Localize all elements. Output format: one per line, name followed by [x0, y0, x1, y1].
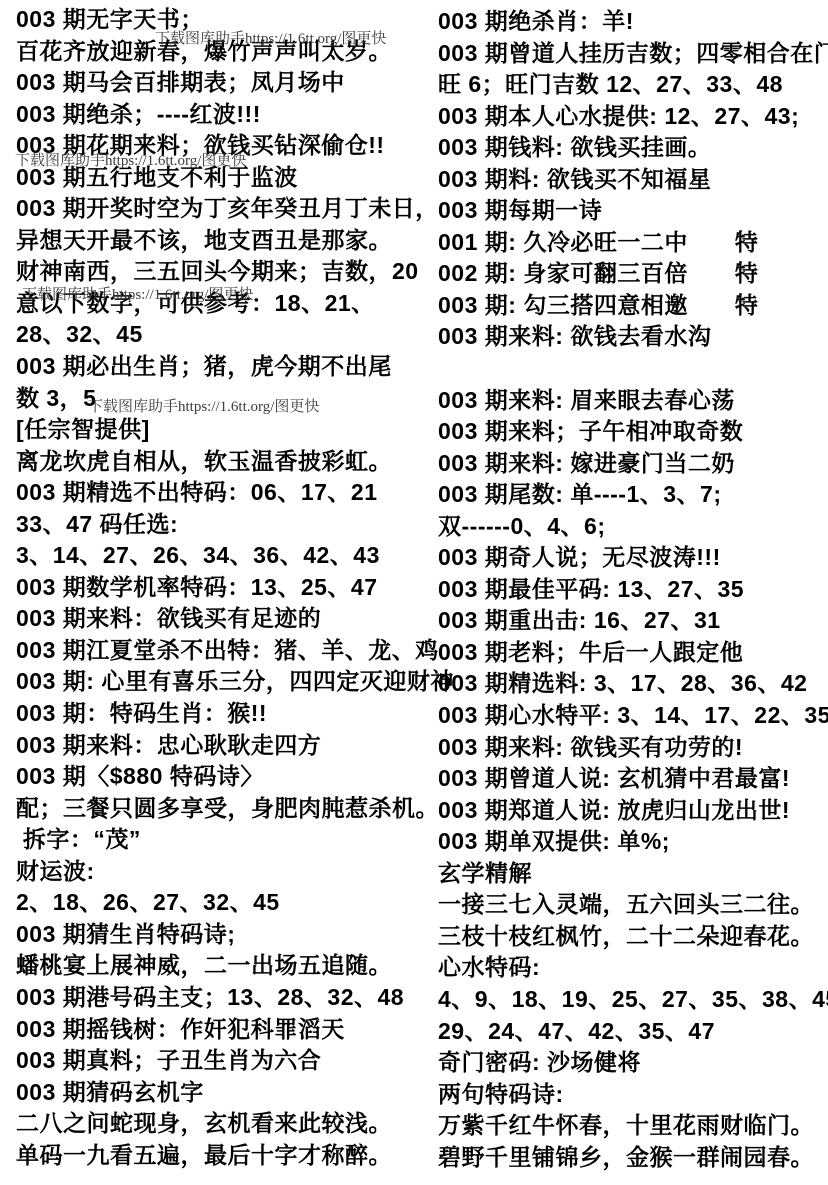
text-line: 003 期: 心里有喜乐三分，四四定灭迎财神	[16, 666, 430, 698]
text-line: 碧野千里铺锦乡，金猴一群闹园春。	[438, 1142, 824, 1174]
text-line: 003 期本人心水提供: 12、27、43;	[438, 101, 824, 133]
text-line: 003 期最佳平码: 13、27、35	[438, 574, 824, 606]
text-line: 财运波:	[16, 856, 430, 888]
watermark-text: 下载图库助手https://1.6tt.org/图更快	[22, 283, 253, 304]
text-line: 003 期精选不出特码：06、17、21	[16, 477, 430, 509]
text-line: 003 期钱料: 欲钱买挂画。	[438, 132, 824, 164]
text-line: 配；三餐只圆多享受，身肥肉肫惹杀机。	[16, 793, 430, 825]
text-line: 3、14、27、26、34、36、42、43	[16, 540, 430, 572]
text-line: 003 期料: 欲钱买不知福星	[438, 164, 824, 196]
text-line	[438, 353, 824, 385]
right-column: 003 期绝杀肖：羊!003 期曾道人挂历吉数；四零相合在门中旺 6；旺门吉数 …	[438, 6, 824, 1173]
text-line: 旺 6；旺门吉数 12、27、33、48	[438, 69, 824, 101]
text-line: 003 期老料；牛后一人跟定他	[438, 637, 824, 669]
text-line: 003 期来料: 欲钱买有功劳的!	[438, 732, 824, 764]
watermark-text: 下载图库助手https://1.6tt.org/图更快	[15, 149, 246, 170]
text-line: 003 期郑道人说: 放虎归山龙出世!	[438, 795, 824, 827]
text-line: 003 期心水特平: 3、14、17、22、35、47。	[438, 700, 824, 732]
watermark-text: 下载图库助手https://1.6tt.org/图更快	[88, 395, 319, 416]
text-line: 心水特码:	[438, 952, 824, 984]
text-line: 003 期精选料: 3、17、28、36、42	[438, 668, 824, 700]
text-line: 003 期马会百排期表；凤月场中	[16, 67, 430, 99]
text-line: 003 期每期一诗	[438, 195, 824, 227]
text-line: [任宗智提供]	[16, 414, 430, 446]
text-line: 异想天开最不该，地支酉丑是那家。	[16, 225, 430, 257]
text-line: 003 期: 勾三搭四意相邀 特	[438, 290, 824, 322]
text-line: 003 期绝杀肖：羊!	[438, 6, 824, 38]
text-line: 双------0、4、6;	[438, 511, 824, 543]
text-line: 万紫千红牛怀春，十里花雨财临门。	[438, 1110, 824, 1142]
text-line: 三枝十枝红枫竹，二十二朵迎春花。	[438, 921, 824, 953]
text-line: 玄学精解	[438, 858, 824, 890]
text-line: 002 期: 身家可翻三百倍 特	[438, 258, 824, 290]
text-line: 离龙坎虎自相从，软玉温香披彩虹。	[16, 446, 430, 478]
text-line: 003 期曾道人说: 玄机猜中君最富!	[438, 763, 824, 795]
text-line: 003 期必出生肖；猪，虎今期不出尾	[16, 351, 430, 383]
text-line: 001 期: 久冷必旺一二中 特	[438, 227, 824, 259]
text-line: 003 期：特码生肖：猴!!	[16, 698, 430, 730]
watermark-text: 下载图库助手https://1.6tt.org/图更快	[155, 27, 386, 48]
text-line: 蟠桃宴上展神威，二一出场五追随。	[16, 950, 430, 982]
text-line: 29、24、47、42、35、47	[438, 1016, 824, 1048]
text-line: 003 期来料: 嫁进豪门当二奶	[438, 448, 824, 480]
text-line: 003 期来料：忠心耿耿走四方	[16, 730, 430, 762]
text-line: 003 期猜码玄机字	[16, 1077, 430, 1109]
document-page: 003 期无字天书；百花齐放迎新春，爆竹声声叫太岁。003 期马会百排期表；凤月…	[0, 0, 828, 1185]
left-column: 003 期无字天书；百花齐放迎新春，爆竹声声叫太岁。003 期马会百排期表；凤月…	[16, 4, 430, 1171]
text-line: 单码一九看五遍，最后十字才称醉。	[16, 1140, 430, 1172]
text-line: 003 期曾道人挂历吉数；四零相合在门中	[438, 38, 824, 70]
text-line: 003 期真料；子丑生肖为六合	[16, 1045, 430, 1077]
text-line: 一接三七入灵端，五六回头三二往。	[438, 889, 824, 921]
text-line: 2、18、26、27、32、45	[16, 887, 430, 919]
text-line: 两句特码诗:	[438, 1079, 824, 1111]
text-line: 33、47 码任选:	[16, 509, 430, 541]
text-line: 4、9、18、19、25、27、35、38、45、	[438, 984, 824, 1016]
text-line: 003 期奇人说；无尽波涛!!!	[438, 542, 824, 574]
text-line: 003 期开奖时空为丁亥年癸丑月丁未日，	[16, 193, 430, 225]
text-line: 003 期来料；子午相冲取奇数	[438, 416, 824, 448]
text-line: 003 期单双提供: 单%;	[438, 826, 824, 858]
text-line: 003 期来料: 欲钱去看水沟	[438, 321, 824, 353]
text-line: 003 期江夏堂杀不出特：猪、羊、龙、鸡	[16, 635, 430, 667]
text-line: 二八之问蛇现身，玄机看来此较浅。	[16, 1108, 430, 1140]
text-line: 003 期港号码主支；13、28、32、48	[16, 982, 430, 1014]
text-line: 003 期绝杀；----红波!!!	[16, 99, 430, 131]
text-line: 003 期数学机率特码：13、25、47	[16, 572, 430, 604]
text-line: 003 期重出击: 16、27、31	[438, 605, 824, 637]
text-line: 003 期来料：欲钱买有足迹的	[16, 603, 430, 635]
text-line: 003 期摇钱树：作奸犯科罪滔天	[16, 1014, 430, 1046]
text-line: 003 期尾数: 单----1、3、7;	[438, 479, 824, 511]
text-line: 003 期来料: 眉来眼去春心荡	[438, 385, 824, 417]
text-line: 003 期猜生肖特码诗;	[16, 919, 430, 951]
text-line: 拆字：“茂”	[16, 824, 430, 856]
text-line: 28、32、45	[16, 319, 430, 351]
text-line: 003 期〈$880 特码诗〉	[16, 761, 430, 793]
text-line: 奇门密码: 沙场健将	[438, 1047, 824, 1079]
